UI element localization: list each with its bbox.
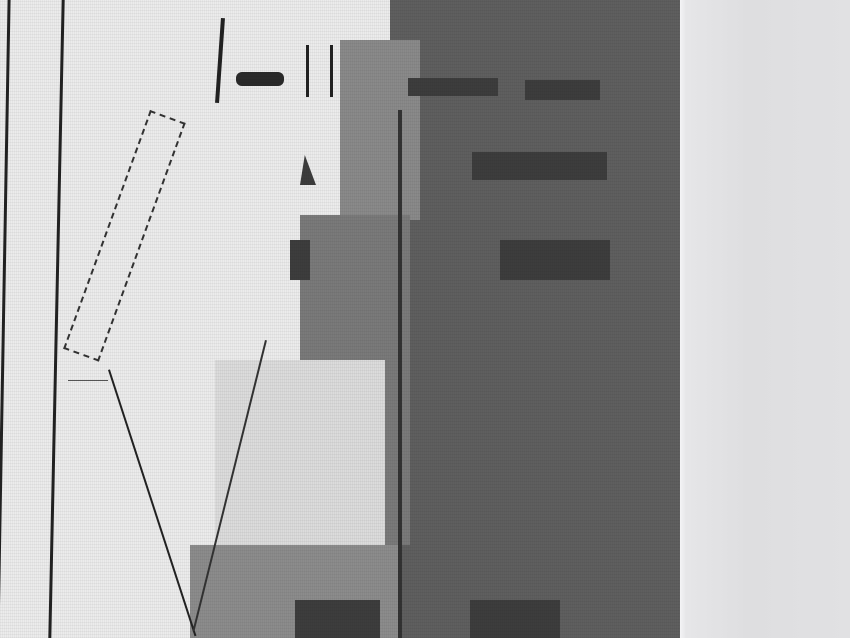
ladder-rail: [306, 45, 309, 97]
window: [300, 155, 316, 185]
margin-line: [48, 0, 64, 638]
curb-line: [108, 369, 196, 636]
sign: [236, 72, 284, 86]
ladder-rail: [330, 45, 333, 97]
window: [500, 240, 610, 280]
building-edge: [398, 110, 402, 638]
window: [470, 600, 560, 638]
window: [295, 600, 380, 638]
diagonal-strip: [63, 110, 186, 362]
blank-paper-margin: [680, 0, 850, 638]
window: [525, 80, 600, 100]
photocopy-photo: [0, 0, 850, 638]
window: [290, 240, 310, 280]
sign-post: [215, 18, 225, 103]
window: [472, 152, 607, 180]
road-dash: [68, 380, 108, 381]
printed-image: [0, 0, 680, 638]
building-pale-wall: [215, 360, 385, 545]
building-upper: [340, 40, 420, 220]
window: [408, 78, 498, 96]
margin-line: [0, 0, 11, 638]
